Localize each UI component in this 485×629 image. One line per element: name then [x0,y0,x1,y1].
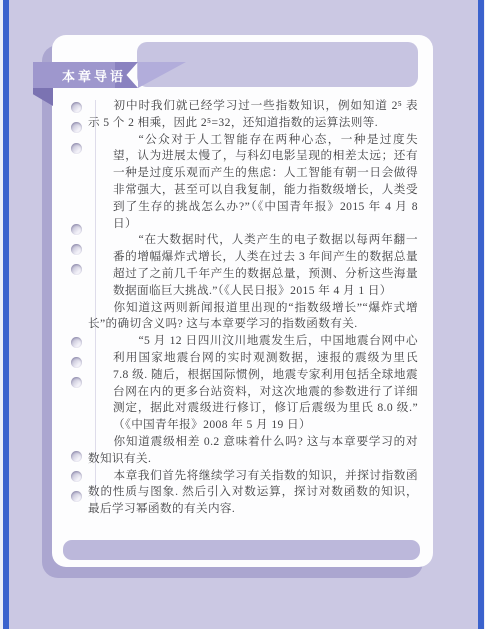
paragraph-question-log: 你知道震级相差 0.2 意味着什么吗? 这与本章要学习的对数知识有关. [88,434,418,468]
binding-hole [71,451,82,462]
binding-hole [71,102,82,113]
paragraph-question-exponent: 你知道这两则新闻报道里出现的“指数级增长”“爆炸式增长”的确切含义吗? 这与本章… [88,300,418,334]
binding-hole [71,337,82,348]
binding-hole [71,377,82,388]
paragraph-quote-ai: “公众对于人工智能存在两种心态，一种是过度失望，认为进展太慢了，与科幻电影呈现的… [113,132,418,233]
paragraph-quote-bigdata: “在大数据时代，人类产生的电子数据以每两年翻一番的增幅爆炸式增长，人类在过去 3… [113,232,418,299]
left-blue-strip [3,0,9,629]
binding-hole [71,264,82,275]
paragraph-chapter-overview: 本章我们首先将继续学习有关指数的知识，并探讨指数函数的性质与图象. 然后引入对数… [88,468,418,518]
binding-hole [71,471,82,482]
chapter-banner-label: 本章导语 [62,66,142,85]
page-footer-band [63,540,420,560]
binding-hole [71,224,82,235]
chapter-intro-text: 初中时我们就已经学习过一些指数知识，例如知道 2⁵ 表示 5 个 2 相乘，因此… [88,98,418,518]
binding-hole [71,491,82,502]
binding-hole [71,143,82,154]
paragraph-intro-exponents: 初中时我们就已经学习过一些指数知识，例如知道 2⁵ 表示 5 个 2 相乘，因此… [88,98,418,132]
textbook-spread-background: 本章导语 初中时我们就已经学习过一些指数知识，例如知道 2⁵ 表示 5 个 2 … [0,0,485,629]
binding-hole [71,122,82,133]
binding-hole [71,244,82,255]
paragraph-quote-earthquake: “5 月 12 日四川汶川地震发生后，中国地震台网中心利用国家地震台网的实时观测… [113,333,418,434]
binding-hole [71,357,82,368]
